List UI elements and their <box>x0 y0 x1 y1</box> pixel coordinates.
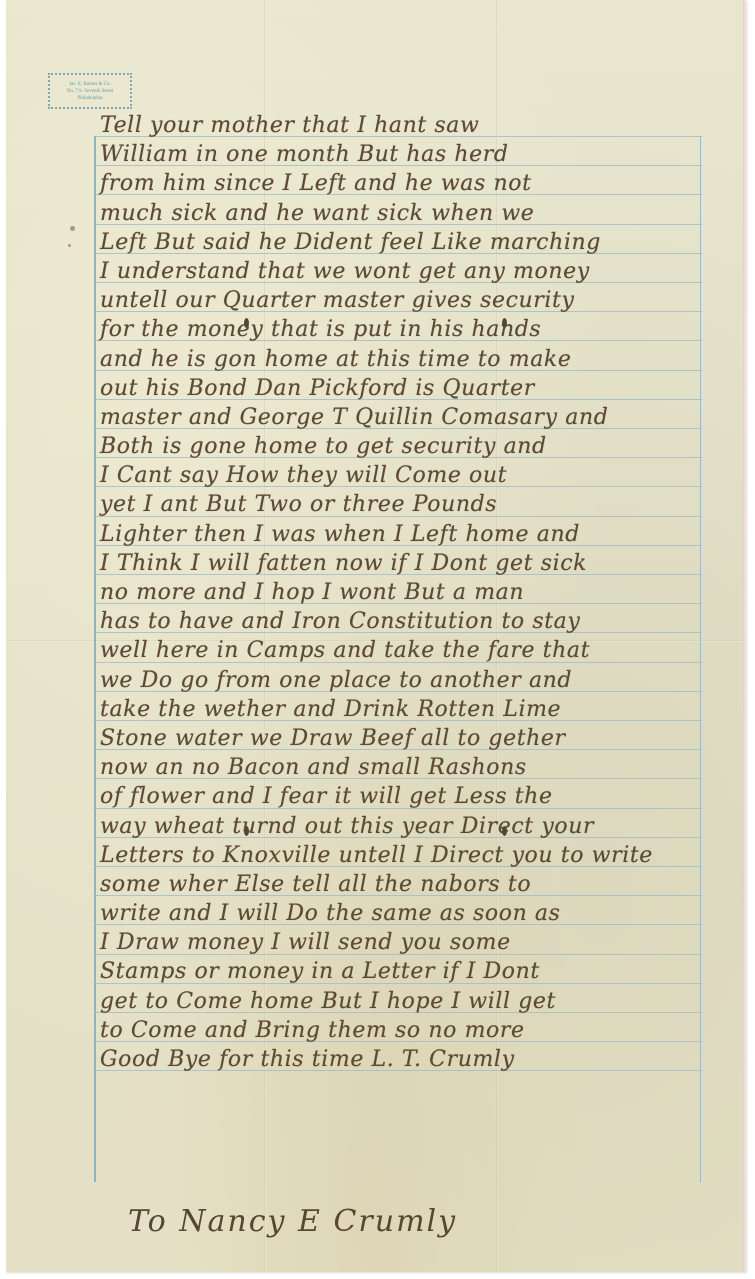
letter-line: write and I will Do the same as soon as <box>100 899 740 928</box>
letter-line: Stone water we Draw Beef all to gether <box>100 724 740 753</box>
letter-line: way wheat turnd out this year Direct you… <box>100 812 740 841</box>
letter-line: Tell your mother that I hant saw <box>100 111 740 140</box>
letter-line: for the money that is put in his hands <box>100 315 740 344</box>
letter-line: some wher Else tell all the nabors to <box>100 870 740 899</box>
letter-line: to Come and Bring them so no more <box>100 1016 740 1045</box>
stamp-line: Philadelphia <box>78 95 103 102</box>
letter-line: master and George T Quillin Comasary and <box>100 403 740 432</box>
letter-line: from him since I Left and he was not <box>100 169 740 198</box>
stamp-line: No. 7 S. Seventh Street <box>67 88 114 95</box>
letter-line: much sick and he want sick when we <box>100 199 740 228</box>
letter-line: I Think I will fatten now if I Dont get … <box>100 549 740 578</box>
letter-line: of flower and I fear it will get Less th… <box>100 782 740 811</box>
ink-spot <box>70 226 75 231</box>
letter-line: I Draw money I will send you some <box>100 928 740 957</box>
letter-line: has to have and Iron Constitution to sta… <box>100 607 740 636</box>
letter-line: Lighter then I was when I Left home and <box>100 520 740 549</box>
letter-body: Tell your mother that I hant saw William… <box>100 111 740 1074</box>
letter-line: we Do go from one place to another and <box>100 666 740 695</box>
letter-line: William in one month But has herd <box>100 140 740 169</box>
letter-line: I Cant say How they will Come out <box>100 461 740 490</box>
letter-line: now an no Bacon and small Rashons <box>100 753 740 782</box>
letter-line: out his Bond Dan Pickford is Quarter <box>100 374 740 403</box>
letter-line: Letters to Knoxville untell I Direct you… <box>100 841 740 870</box>
letter-line: yet I ant But Two or three Pounds <box>100 490 740 519</box>
stationer-stamp: Jas. E. Barnes & Co. No. 7 S. Seventh St… <box>48 73 132 109</box>
letter-line: Left But said he Dident feel Like marchi… <box>100 228 740 257</box>
ink-spot <box>68 244 71 247</box>
paper-edge <box>743 0 746 1272</box>
letter-line: untell our Quarter master gives security <box>100 286 740 315</box>
addressee: To Nancy E Crumly <box>128 1204 457 1239</box>
letter-line: Good Bye for this time L. T. Crumly <box>100 1045 740 1074</box>
letter-line: Both is gone home to get security and <box>100 432 740 461</box>
letter-line: no more and I hop I wont But a man <box>100 578 740 607</box>
letter-line: Stamps or money in a Letter if I Dont <box>100 957 740 986</box>
letter-line: take the wether and Drink Rotten Lime <box>100 695 740 724</box>
letter-line: I understand that we wont get any money <box>100 257 740 286</box>
letter-line: well here in Camps and take the fare tha… <box>100 636 740 665</box>
letter-line: and he is gon home at this time to make <box>100 345 740 374</box>
stamp-line: Jas. E. Barnes & Co. <box>69 81 111 88</box>
letter-line: get to Come home But I hope I will get <box>100 987 740 1016</box>
